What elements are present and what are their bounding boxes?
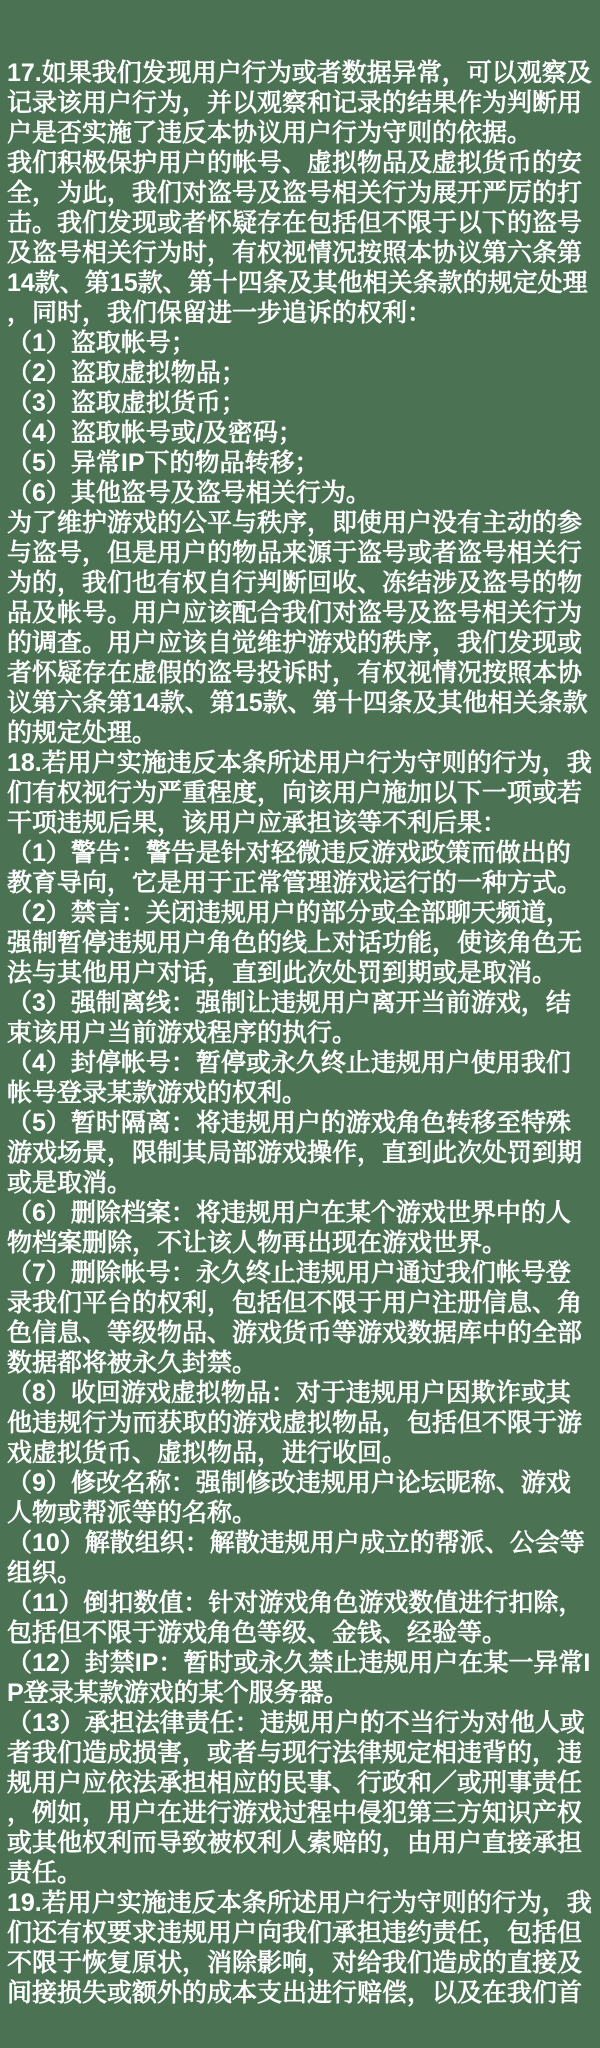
paragraph: （2）禁言：关闭违规用户的部分或全部聊天频道，强制暂停违规用户角色的线上对话功能… bbox=[7, 898, 593, 988]
paragraph: （4）封停帐号：暂停或永久终止违规用户使用我们帐号登录某款游戏的权利。 bbox=[7, 1048, 593, 1108]
paragraph: （8）收回游戏虚拟物品：对于违规用户因欺诈或其他违规行为而获取的游戏虚拟物品，包… bbox=[7, 1378, 593, 1468]
paragraph: （12）封禁IP：暂时或永久禁止违规用户在某一异常IP登录某款游戏的某个服务器。 bbox=[7, 1648, 593, 1708]
paragraph: （5）异常IP下的物品转移； bbox=[7, 448, 593, 478]
agreement-text-view[interactable]: 17.如果我们发现用户行为或者数据异常，可以观察及记录该用户行为，并以观察和记录… bbox=[0, 0, 600, 2048]
paragraph: （9）修改名称：强制修改违规用户论坛昵称、游戏人物或帮派等的名称。 bbox=[7, 1468, 593, 1528]
paragraph: （6）删除档案：将违规用户在某个游戏世界中的人物档案删除，不让该人物再出现在游戏… bbox=[7, 1198, 593, 1258]
paragraph: （11）倒扣数值：针对游戏角色游戏数值进行扣除，包括但不限于游戏角色等级、金钱、… bbox=[7, 1588, 593, 1648]
paragraph: （3）强制离线：强制让违规用户离开当前游戏，结束该用户当前游戏程序的执行。 bbox=[7, 988, 593, 1048]
paragraph: （5）暂时隔离：将违规用户的游戏角色转移至特殊游戏场景，限制其局部游戏操作，直到… bbox=[7, 1108, 593, 1198]
paragraph: 18.若用户实施违反本条所述用户行为守则的行为，我们有权视行为严重程度，向该用户… bbox=[7, 748, 593, 838]
paragraph: 19.若用户实施违反本条所述用户行为守则的行为，我们还有权要求违规用户向我们承担… bbox=[7, 1888, 593, 2008]
paragraph: （13）承担法律责任：违规用户的不当行为对他人或者我们造成损害，或者与现行法律规… bbox=[7, 1708, 593, 1888]
paragraph: （2）盗取虚拟物品； bbox=[7, 358, 593, 388]
agreement-screen: 17.如果我们发现用户行为或者数据异常，可以观察及记录该用户行为，并以观察和记录… bbox=[0, 0, 600, 2048]
paragraph: 我们积极保护用户的帐号、虚拟物品及虚拟货币的安全，为此，我们对盗号及盗号相关行为… bbox=[7, 148, 593, 328]
paragraph: （3）盗取虚拟货币； bbox=[7, 388, 593, 418]
paragraph: （7）删除帐号：永久终止违规用户通过我们帐号登录我们平台的权利，包括但不限于用户… bbox=[7, 1258, 593, 1378]
paragraph: （1）盗取帐号； bbox=[7, 328, 593, 358]
paragraph: 17.如果我们发现用户行为或者数据异常，可以观察及记录该用户行为，并以观察和记录… bbox=[7, 58, 593, 148]
paragraph: （10）解散组织：解散违规用户成立的帮派、公会等组织。 bbox=[7, 1528, 593, 1588]
paragraph: 为了维护游戏的公平与秩序，即使用户没有主动的参与盗号，但是用户的物品来源于盗号或… bbox=[7, 508, 593, 748]
paragraph: （6）其他盗号及盗号相关行为。 bbox=[7, 478, 593, 508]
paragraph: （4）盗取帐号或/及密码； bbox=[7, 418, 593, 448]
paragraph: （1）警告：警告是针对轻微违反游戏政策而做出的教育导向，它是用于正常管理游戏运行… bbox=[7, 838, 593, 898]
